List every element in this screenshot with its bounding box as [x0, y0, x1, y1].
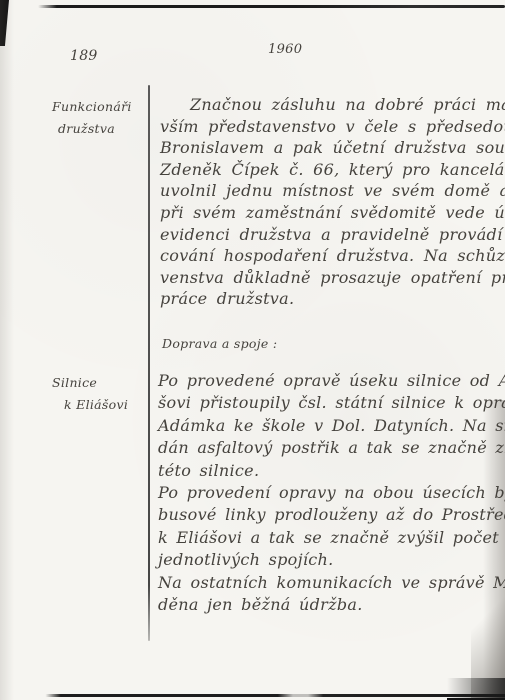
margin-note-funkcionari: Funkcionáři družstva — [52, 96, 147, 140]
margin-divider-line — [148, 85, 150, 641]
margin-note-silnice: Silnice k Eliášovi — [52, 372, 147, 416]
handwritten-line: busové linky prodlouženy až do Prostředn… — [158, 504, 505, 526]
scan-bottom-edge-line — [0, 694, 505, 697]
margin-note-line: k Eliášovi — [52, 394, 147, 416]
handwritten-line: jednotlivých spojích. — [158, 549, 505, 571]
handwritten-line: Na ostatních komunikacích ve správě MNV … — [158, 572, 505, 594]
handwritten-line: při svém zaměstnání svědomitě vede účetn… — [160, 202, 505, 224]
scan-top-edge-line — [38, 5, 505, 8]
handwritten-line: Po provedené opravě úseku silnice od Adá… — [158, 370, 505, 392]
margin-note-line: Silnice — [52, 372, 147, 394]
handwritten-line: šovi přistoupily čsl. státní silnice k o… — [158, 392, 505, 414]
handwritten-line: venstva důkladně prosazuje opatření pro … — [160, 267, 505, 289]
margin-note-line: družstva — [52, 118, 147, 140]
paragraph-funkcionari: Značnou zásluhu na dobré práci má přede-… — [160, 94, 505, 310]
handwritten-line: evidenci družstva a pravidelně provádí v… — [160, 224, 505, 246]
section-heading-doprava-a-spoje: Doprava a spoje : — [162, 336, 277, 351]
handwritten-line: Po provedení opravy na obou úsecích byly… — [158, 482, 505, 504]
handwritten-line: vším představenstvo v čele s předsedou p… — [160, 116, 505, 138]
handwritten-line: děna jen běžná údržba. — [158, 594, 505, 616]
scan-left-edge-band — [0, 0, 14, 700]
scan-bottom-right-blob — [447, 678, 505, 700]
handwritten-line: Bronislavem a pak účetní družstva soudru… — [160, 137, 505, 159]
handwritten-line: cování hospodaření družstva. Na schůzích… — [160, 245, 505, 267]
handwritten-line: k Eliášovi a tak se značně zvýšil počet … — [158, 527, 505, 549]
margin-note-line: Funkcionáři — [52, 96, 147, 118]
page-number: 189 — [70, 48, 98, 64]
handwritten-line: Adámka ke škole v Dol. Datyních. Na siln… — [158, 415, 505, 437]
year-heading: 1960 — [268, 42, 302, 57]
handwritten-line: této silnice. — [158, 460, 505, 482]
handwritten-line: dán asfaltový postřik a tak se značně zl… — [158, 437, 505, 459]
handwritten-line: Značnou zásluhu na dobré práci má přede- — [160, 94, 505, 116]
handwritten-line: uvolnil jednu místnost ve svém domě a kt… — [160, 180, 505, 202]
handwritten-line: Zdeněk Čípek č. 66, který pro kancelář d… — [160, 159, 505, 181]
scanned-chronicle-page: 189 1960 Funkcionáři družstva Silnice k … — [0, 0, 505, 700]
paragraph-silnice: Po provedené opravě úseku silnice od Adá… — [158, 370, 505, 616]
handwritten-line: práce družstva. — [160, 288, 505, 310]
